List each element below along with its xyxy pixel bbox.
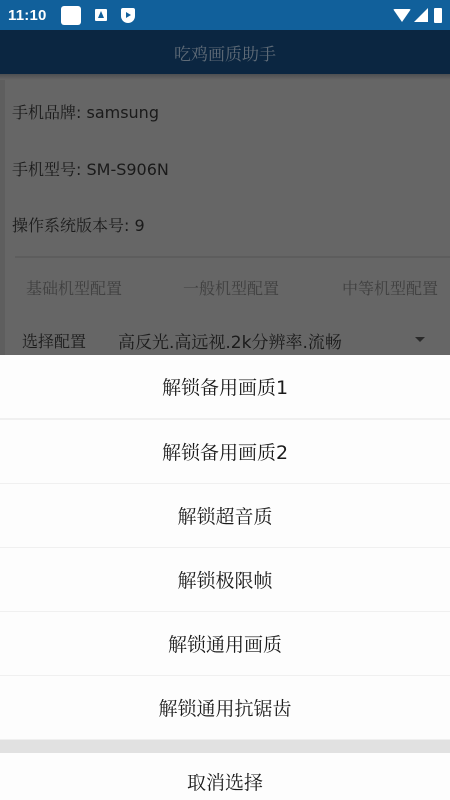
os-version-text: 操作系统版本号: 9 <box>12 213 145 236</box>
device-model-text: 手机型号: SM-S906N <box>12 157 169 180</box>
cancel-button[interactable]: 取消选择 <box>0 753 450 800</box>
tab-medium-config[interactable]: 中等机型配置 <box>342 276 438 299</box>
app-bar-shadow <box>0 74 450 80</box>
config-select-label: 选择配置 <box>22 329 86 352</box>
shield-play-icon <box>121 8 135 23</box>
action-sheet: 解锁备用画质1 解锁备用画质2 解锁超音质 解锁极限帧 解锁通用画质 解锁通用抗… <box>0 355 450 800</box>
battery-charging-icon <box>434 8 442 23</box>
wifi-icon <box>393 9 411 22</box>
sheet-item-unlock-general-quality[interactable]: 解锁通用画质 <box>0 612 450 675</box>
status-right-icons <box>393 8 442 23</box>
screen: 11:10 吃鸡画质助手 手机品牌: samsung 手机型号: SM-S906… <box>0 0 450 800</box>
app-bar: 吃鸡画质助手 <box>0 30 450 74</box>
sheet-item-unlock-general-antialiasing[interactable]: 解锁通用抗锯齿 <box>0 676 450 739</box>
tab-basic-config[interactable]: 基础机型配置 <box>26 276 122 299</box>
sheet-item-unlock-backup-quality-1[interactable]: 解锁备用画质1 <box>0 355 450 418</box>
sheet-item-unlock-super-audio[interactable]: 解锁超音质 <box>0 484 450 547</box>
status-bar: 11:10 <box>0 0 450 30</box>
sheet-item-unlock-extreme-fps[interactable]: 解锁极限帧 <box>0 548 450 611</box>
config-select-dropdown[interactable]: 高反光.高远视.2k分辨率.流畅 <box>118 328 342 353</box>
device-brand-text: 手机品牌: samsung <box>12 100 159 123</box>
sheet-item-unlock-backup-quality-2[interactable]: 解锁备用画质2 <box>0 420 450 483</box>
status-time: 11:10 <box>8 7 47 24</box>
sheet-separator <box>0 740 450 753</box>
cell-signal-icon <box>414 8 428 22</box>
tab-general-config[interactable]: 一般机型配置 <box>183 276 279 299</box>
page-title: 吃鸡画质助手 <box>174 40 276 65</box>
divider <box>15 256 450 258</box>
notification-square-icon <box>61 6 81 25</box>
config-tab-row: 基础机型配置 一般机型配置 中等机型配置 <box>0 276 450 306</box>
left-edge <box>0 80 5 360</box>
config-select-row: 选择配置 高反光.高远视.2k分辨率.流畅 <box>0 325 450 355</box>
chevron-down-icon[interactable] <box>415 337 425 342</box>
app-a-icon <box>95 9 107 21</box>
